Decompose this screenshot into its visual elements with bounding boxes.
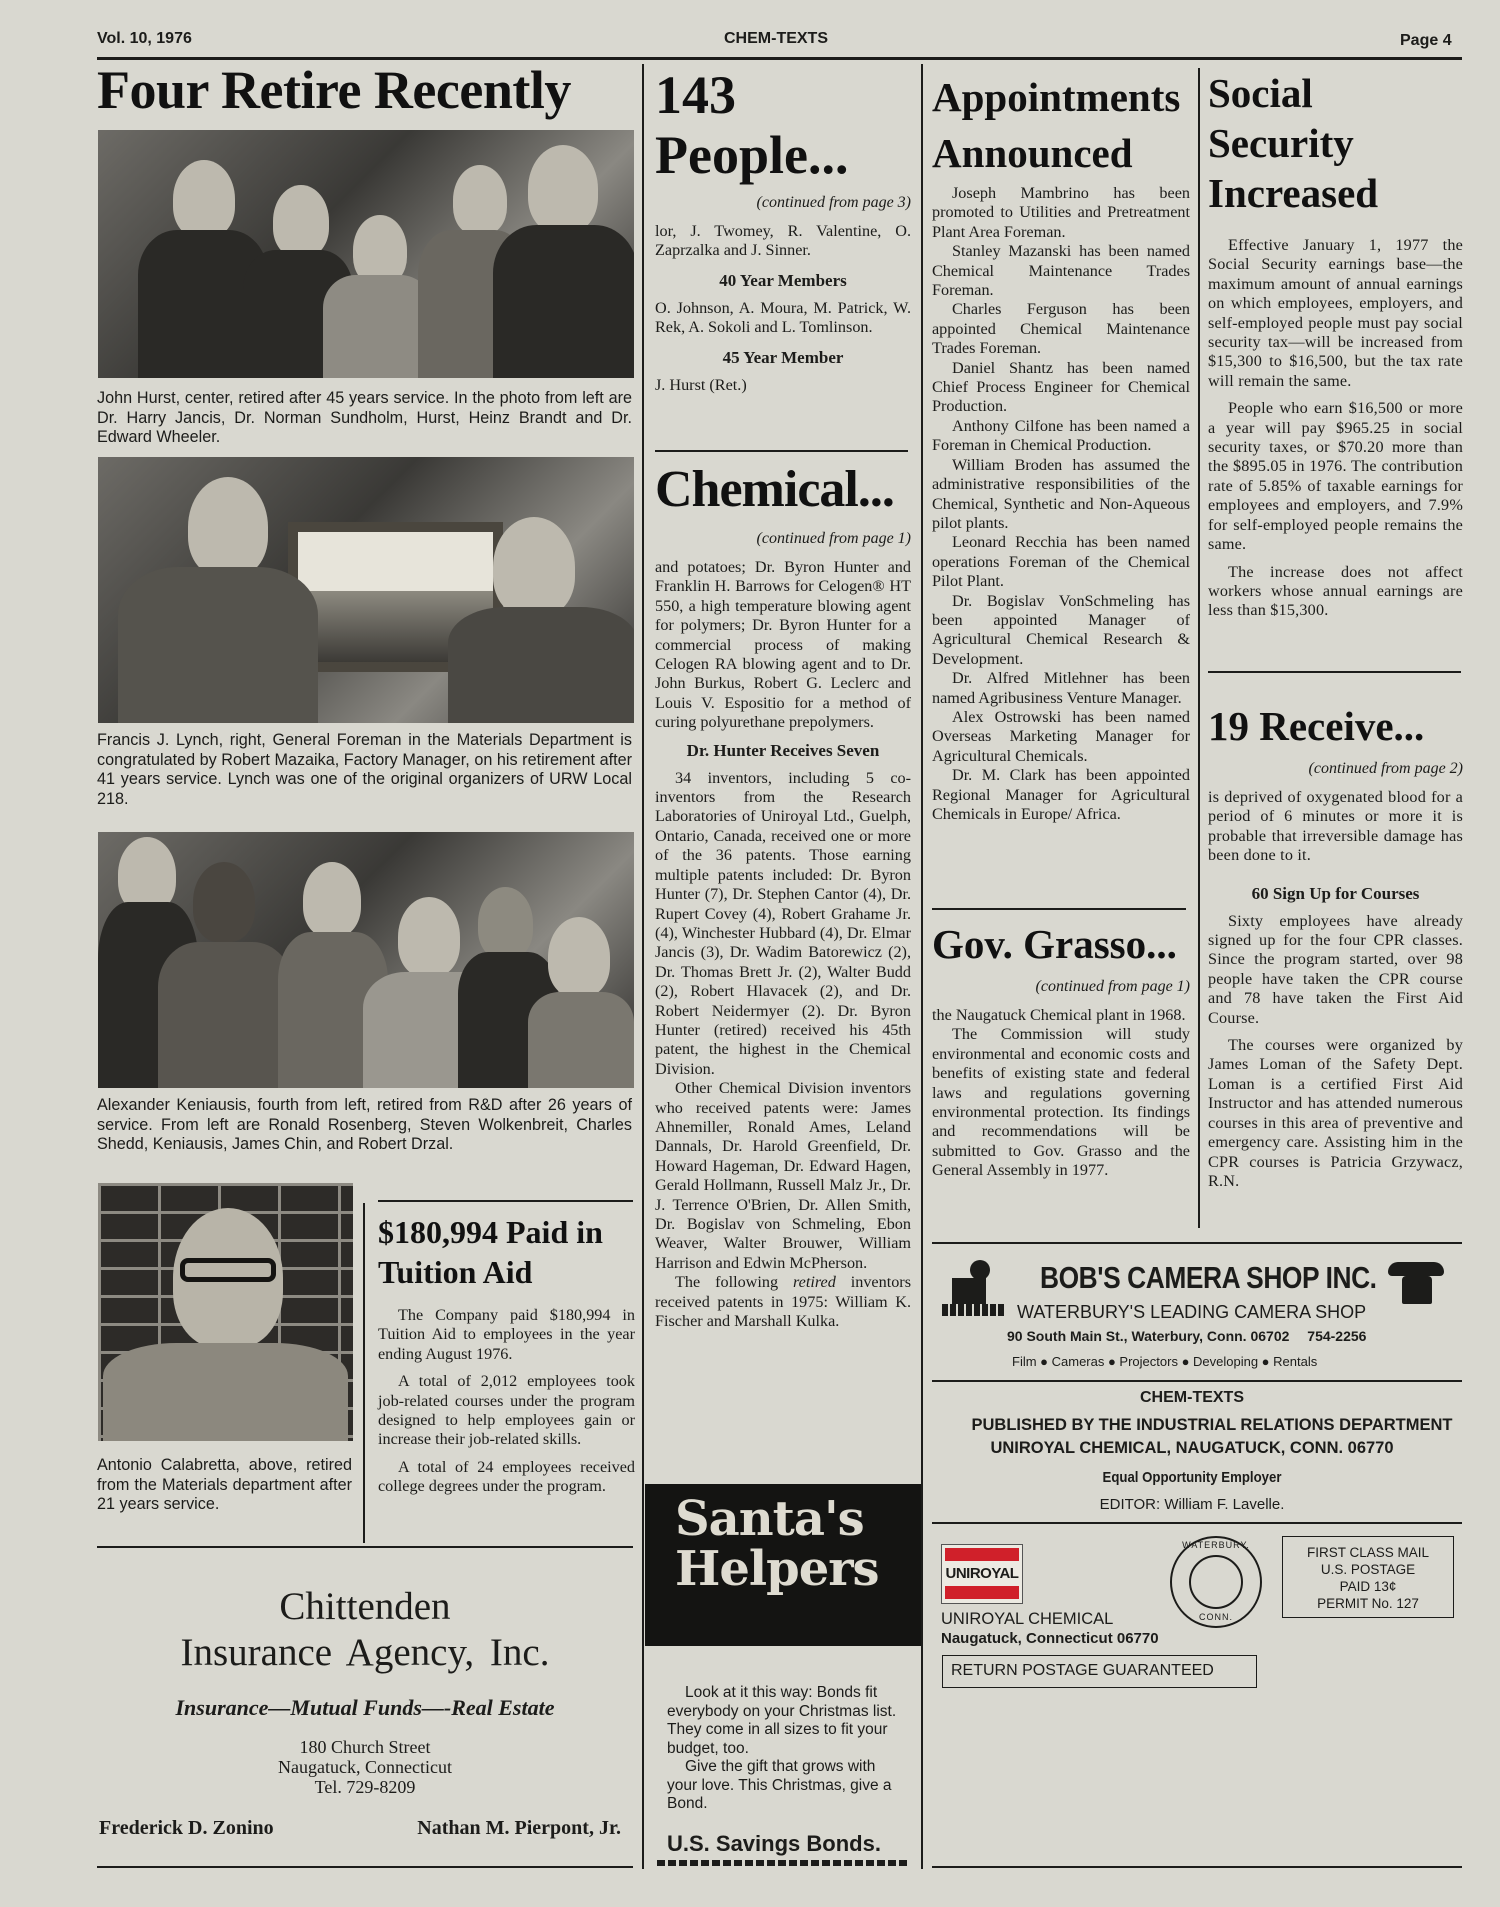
- receive-paragraph: is deprived of oxygenated blood for a pe…: [1208, 788, 1463, 866]
- appointment-item: Dr. Bogislav VonSchmeling has been appoi…: [932, 592, 1190, 670]
- article-tuition-aid: $180,994 Paid in Tuition Aid The Company…: [378, 1212, 635, 1497]
- receive-paragraph: The courses were organized by James Loma…: [1208, 1036, 1463, 1191]
- chemical-paragraph: 34 inventors, including 5 co-inventors f…: [655, 769, 911, 1080]
- permit-line: PERMIT No. 127: [1283, 1595, 1453, 1612]
- ad-savings-bonds: Santa's Helpers Look at it this way: Bon…: [645, 1484, 921, 1868]
- tuition-paragraph: A total of 24 employees received college…: [378, 1458, 635, 1497]
- headline-social: Social: [1208, 68, 1463, 118]
- ad-shop-services: Film ● Cameras ● Projectors ● Developing…: [1012, 1354, 1317, 1369]
- article-19-receive: 19 Receive... (continued from page 2) is…: [1208, 700, 1463, 1191]
- headline-143: 143: [655, 66, 911, 124]
- column-divider: [642, 64, 644, 1869]
- chemical-paragraph: and potatoes; Dr. Byron Hunter and Frank…: [655, 558, 911, 733]
- ad-holly-border-icon: [657, 1860, 907, 1866]
- publisher-title: CHEM-TEXTS: [892, 1386, 1492, 1410]
- subhead-40-year: 40 Year Members: [655, 271, 911, 291]
- headline-increased: Increased: [1208, 168, 1463, 218]
- photo-caption-calabretta: Antonio Calabretta, above, retired from …: [97, 1456, 352, 1515]
- ad-company-name: Chittenden: [97, 1585, 633, 1629]
- continued-note: (continued from page 1): [655, 530, 911, 548]
- subhead-60-sign-up: 60 Sign Up for Courses: [1208, 884, 1463, 904]
- tuition-paragraph: A total of 2,012 employees took job-rela…: [378, 1372, 635, 1450]
- ad-bonds-brand: U.S. Savings Bonds.: [667, 1831, 881, 1857]
- list-45-year: J. Hurst (Ret.): [655, 376, 911, 395]
- social-security-paragraph: Effective January 1, 1977 the Social Sec…: [1208, 236, 1463, 391]
- appointment-item: Charles Ferguson has been appointed Chem…: [932, 300, 1190, 358]
- photo-caption-lynch: Francis J. Lynch, right, General Foreman…: [97, 731, 632, 809]
- section-rule: [932, 1242, 1462, 1244]
- postmark-state: CONN.: [1172, 1612, 1260, 1622]
- publisher-info: CHEM-TEXTS PUBLISHED BY THE INDUSTRIAL R…: [932, 1386, 1492, 1515]
- column-divider: [1198, 68, 1200, 1228]
- section-rule: [932, 1522, 1462, 1524]
- ad-agent-right: Nathan M. Pierpont, Jr.: [417, 1817, 621, 1840]
- ad-agent-left: Frederick D. Zonino: [99, 1817, 274, 1840]
- photo-caption-keniausis: Alexander Keniausis, fourth from left, r…: [97, 1096, 632, 1155]
- article-social-security: Social Security Increased Effective Janu…: [1208, 68, 1463, 621]
- ad-phone: Tel. 729-8209: [97, 1777, 633, 1797]
- ad-shop-tagline: WATERBURY'S LEADING CAMERA SHOP: [1017, 1302, 1366, 1323]
- tuition-paragraph: The Company paid $180,994 in Tuition Aid…: [378, 1306, 635, 1364]
- ad-shop-address: 90 South Main St., Waterbury, Conn. 0670…: [1007, 1328, 1289, 1344]
- article-gov-grasso: Gov. Grasso... (continued from page 1) t…: [932, 918, 1190, 1181]
- appointment-item: Dr. Alfred Mitlehner has been named Agri…: [932, 669, 1190, 708]
- mailing-panel: UNIROYAL UNIROYAL CHEMICAL Naugatuck, Co…: [932, 1530, 1472, 1710]
- subhead-45-year: 45 Year Member: [655, 348, 911, 368]
- receive-paragraph: Sixty employees have already signed up f…: [1208, 912, 1463, 1028]
- grasso-paragraph: The Commission will study environmental …: [932, 1025, 1190, 1180]
- appointment-item: Joseph Mambrino has been promoted to Uti…: [932, 184, 1190, 242]
- permit-line: PAID 13¢: [1283, 1578, 1453, 1595]
- photo-hurst-group: [98, 130, 634, 378]
- ad-bonds-paragraph: Give the gift that grows with your love.…: [667, 1758, 907, 1814]
- section-rule: [932, 1866, 1462, 1868]
- chemical-paragraph: Other Chemical Division inventors who re…: [655, 1079, 911, 1273]
- section-rule: [1208, 671, 1461, 673]
- article-appointments: Appointments Announced Joseph Mambrino h…: [932, 68, 1190, 824]
- sender-name: UNIROYAL CHEMICAL: [941, 1610, 1113, 1629]
- tuition-divider: [363, 1203, 365, 1543]
- appointment-item: Daniel Shantz has been named Chief Proce…: [932, 359, 1190, 417]
- headline-four-retire: Four Retire Recently: [97, 62, 571, 119]
- volume-label: Vol. 10, 1976: [97, 30, 192, 48]
- projector-icon: [942, 1260, 1002, 1320]
- subhead-hunter-seven: Dr. Hunter Receives Seven: [655, 741, 911, 761]
- postmark-icon: WATERBURY. CONN.: [1170, 1536, 1262, 1628]
- ad-shop-name: BOB'S CAMERA SHOP INC.: [1040, 1260, 1377, 1296]
- ad-tagline: Insurance—Mutual Funds—-Real Estate: [97, 1695, 633, 1721]
- article-143-people: 143 People... (continued from page 3) lo…: [655, 66, 911, 395]
- ad-company-name-line2: Insurance Agency, Inc.: [97, 1629, 633, 1677]
- postmark-city: WATERBURY.: [1172, 1540, 1260, 1550]
- social-security-paragraph: People who earn $16,500 or more a year w…: [1208, 399, 1463, 554]
- people-intro: lor, J. Twomey, R. Valentine, O. Zaprzal…: [655, 222, 911, 261]
- photo-calabretta: [98, 1183, 353, 1441]
- photo-lynch: [98, 457, 634, 723]
- headline-appointments: Appointments: [932, 68, 1190, 126]
- appointment-item: Dr. M. Clark has been appointed Regional…: [932, 766, 1190, 824]
- ad-address-street: 180 Church Street: [97, 1737, 633, 1757]
- headline-gov-grasso: Gov. Grasso...: [932, 918, 1190, 970]
- section-rule: [97, 1546, 633, 1548]
- permit-line: FIRST CLASS MAIL: [1283, 1544, 1453, 1561]
- article-chemical: Chemical... (continued from page 1) and …: [655, 458, 911, 1331]
- ad-chittenden-insurance: Chittenden Insurance Agency, Inc. Insura…: [97, 1585, 633, 1840]
- list-40-year: O. Johnson, A. Moura, M. Patrick, W. Rek…: [655, 299, 911, 338]
- social-security-paragraph: The increase does not affect workers who…: [1208, 563, 1463, 621]
- appointment-item: Alex Ostrowski has been named Overseas M…: [932, 708, 1190, 766]
- publisher-editor: EDITOR: William F. Lavelle.: [892, 1495, 1492, 1515]
- postage-permit-box: FIRST CLASS MAIL U.S. POSTAGE PAID 13¢ P…: [1282, 1536, 1454, 1618]
- continued-note: (continued from page 3): [655, 194, 911, 212]
- headline-people: People...: [655, 124, 911, 186]
- section-rule: [97, 1866, 633, 1868]
- uniroyal-logo-text: UNIROYAL: [945, 1561, 1019, 1586]
- section-rule: [932, 1380, 1462, 1382]
- appointment-item: Anthony Cilfone has been named a Foreman…: [932, 417, 1190, 456]
- ad-address-city: Naugatuck, Connecticut: [97, 1757, 633, 1777]
- appointment-item: Leonard Recchia has been named operation…: [932, 533, 1190, 591]
- uniroyal-logo: UNIROYAL: [941, 1544, 1023, 1604]
- headline-announced: Announced: [932, 126, 1190, 180]
- appointment-item: Stanley Mazanski has been named Chemical…: [932, 242, 1190, 300]
- publisher-line2: UNIROYAL CHEMICAL, NAUGATUCK, CONN. 0677…: [892, 1437, 1492, 1459]
- section-rule: [655, 450, 908, 452]
- ad-black-banner: Santa's Helpers: [645, 1484, 921, 1646]
- telephone-icon: [1388, 1262, 1444, 1306]
- ad-bobs-camera-shop: BOB'S CAMERA SHOP INC. WATERBURY'S LEADI…: [932, 1250, 1462, 1380]
- permit-line: U.S. POSTAGE: [1283, 1561, 1453, 1578]
- photo-keniausis-group: [98, 832, 634, 1088]
- newsletter-title: CHEM-TEXTS: [724, 30, 828, 48]
- ad-title-line1: Santa's: [675, 1494, 879, 1544]
- chemical-paragraph: The following retired inventors received…: [655, 1273, 911, 1331]
- page-number: Page 4: [1400, 32, 1452, 50]
- sender-address: Naugatuck, Connecticut 06770: [941, 1630, 1159, 1647]
- continued-note: (continued from page 2): [1208, 760, 1463, 778]
- grasso-paragraph: the Naugatuck Chemical plant in 1968.: [932, 1006, 1190, 1025]
- ad-shop-phone: 754-2256: [1307, 1328, 1366, 1344]
- continued-note: (continued from page 1): [932, 978, 1190, 996]
- appointment-item: William Broden has assumed the administr…: [932, 456, 1190, 534]
- logo-red-bar-top: [945, 1548, 1019, 1561]
- photo-caption-hurst: John Hurst, center, retired after 45 yea…: [97, 389, 632, 448]
- equal-opportunity-employer: Equal Opportunity Employer: [928, 1467, 1456, 1489]
- headline-security: Security: [1208, 118, 1463, 168]
- headline-tuition-aid: $180,994 Paid in Tuition Aid: [378, 1212, 635, 1292]
- headline-chemical: Chemical...: [655, 458, 911, 522]
- logo-red-bar-bottom: [945, 1586, 1019, 1599]
- return-postage-notice: RETURN POSTAGE GUARANTEED: [942, 1655, 1257, 1688]
- tuition-top-rule: [378, 1200, 633, 1202]
- ad-title-line2: Helpers: [675, 1544, 879, 1594]
- column-divider: [921, 64, 923, 1869]
- section-rule: [932, 908, 1186, 910]
- ad-bonds-paragraph: Look at it this way: Bonds fit everybody…: [667, 1684, 907, 1758]
- headline-19-receive: 19 Receive...: [1208, 700, 1463, 752]
- publisher-line1: PUBLISHED BY THE INDUSTRIAL RELATIONS DE…: [932, 1414, 1492, 1437]
